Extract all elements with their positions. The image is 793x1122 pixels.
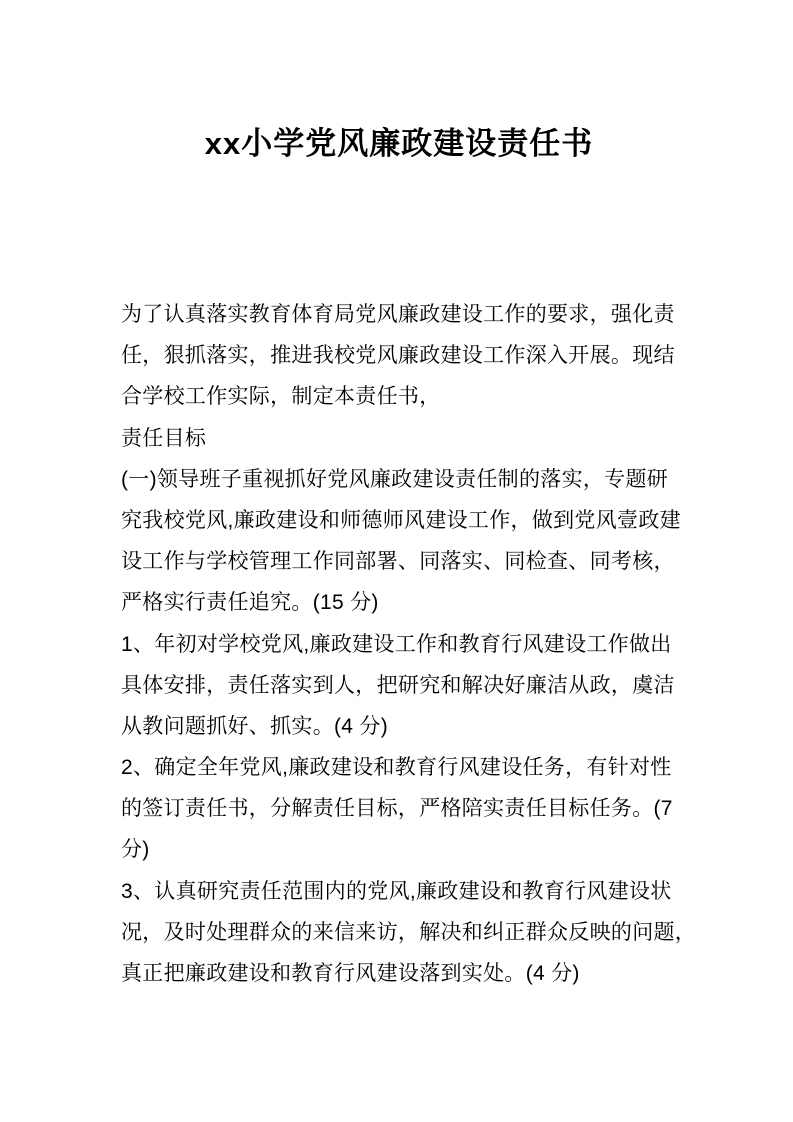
paragraph-item-1: 1、年初对学校党风,廉政建设工作和教育行风建设工作做出具体安排，责任落实到人，把… <box>121 624 677 748</box>
paragraph-item-3: 3、认真研究责任范围内的党风,廉政建设和教育行风建设状况，及时处理群众的来信来访… <box>121 871 677 995</box>
text-line: 真正把廉政建设和教育行风建设落到实处。(4 分) <box>121 953 677 994</box>
text-line: (一)领导班子重视抓好党风廉政建设责任制的落实，专题研 <box>121 459 677 500</box>
text-line: 任，狠抓落实，推进我校党风廉政建设工作深入开展。现结 <box>121 335 677 376</box>
paragraph-section-1: (一)领导班子重视抓好党风廉政建设责任制的落实，专题研究我校党风,廉政建设和师德… <box>121 459 677 624</box>
text-line: 的签订责任书，分解责任目标，严格陪实责任目标任务。(7 <box>121 788 677 829</box>
heading-responsibility-goals: 责任目标 <box>121 418 677 459</box>
text-line: 为了认真落实教育体育局党风廉政建设工作的要求，强化责 <box>121 294 677 335</box>
text-line: 具体安排，责任落实到人，把研究和解决好廉洁从政，虞洁 <box>121 665 677 706</box>
text-line: 合学校工作实际，制定本责任书， <box>121 376 677 417</box>
text-line: 分) <box>121 829 677 870</box>
text-line: 3、认真研究责任范围内的党风,廉政建设和教育行风建设状 <box>121 871 677 912</box>
document-title: xx小学党风廉政建设责任书 <box>121 124 677 164</box>
text-line: 2、确定全年党风,廉政建设和教育行风建设任务，有针对性 <box>121 747 677 788</box>
text-line: 设工作与学校管理工作同部署、同落实、同检查、同考核， <box>121 541 677 582</box>
paragraph-intro: 为了认真落实教育体育局党风廉政建设工作的要求，强化责任，狠抓落实，推进我校党风廉… <box>121 294 677 418</box>
text-line: 严格实行责任追究。(15 分) <box>121 582 677 623</box>
text-line: 责任目标 <box>121 418 677 459</box>
text-line: 况，及时处理群众的来信来访，解决和纠正群众反映的问题， <box>121 912 677 953</box>
text-line: 1、年初对学校党风,廉政建设工作和教育行风建设工作做出 <box>121 624 677 665</box>
document-page: xx小学党风廉政建设责任书 为了认真落实教育体育局党风廉政建设工作的要求，强化责… <box>0 0 793 1122</box>
document-body: 为了认真落实教育体育局党风廉政建设工作的要求，强化责任，狠抓落实，推进我校党风廉… <box>121 294 677 994</box>
text-line: 从教问题抓好、抓实。(4 分) <box>121 706 677 747</box>
text-line: 究我校党风,廉政建设和师德师风建设工作，做到党风壹政建 <box>121 500 677 541</box>
paragraph-item-2: 2、确定全年党风,廉政建设和教育行风建设任务，有针对性的签订责任书，分解责任目标… <box>121 747 677 871</box>
